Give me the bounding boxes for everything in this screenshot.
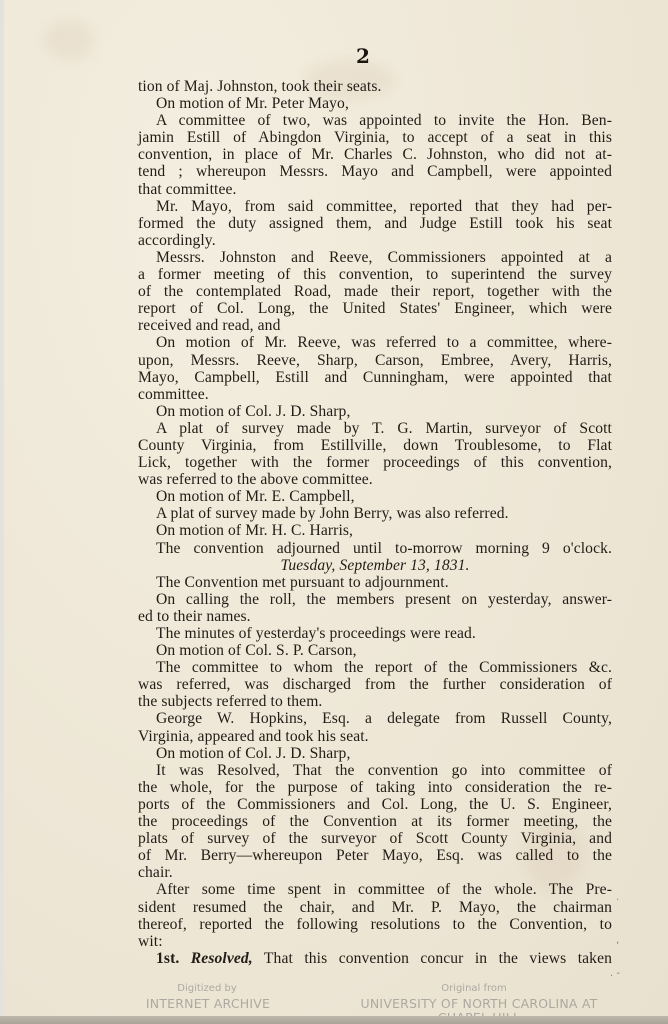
text-line: On motion of Col. J. D. Sharp, (138, 745, 612, 762)
text-line: the subjects referred to them. (138, 693, 612, 710)
text-line: tion of Maj. Johnston, took their seats. (138, 78, 612, 95)
text-line: A plat of survey made by T. G. Martin, s… (138, 420, 612, 437)
text-line: convention, in place of Mr. Charles C. J… (138, 146, 612, 163)
margin-mark: · (616, 895, 619, 906)
text-line: Mr. Mayo, from said committee, reported … (138, 198, 612, 215)
watermark-big-label: INTERNET ARCHIVE (138, 996, 278, 1011)
text-line: The Convention met pursuant to adjournme… (138, 574, 612, 591)
text-line: accordingly. (138, 232, 612, 249)
text-line: County Virginia, from Estillville, down … (138, 437, 612, 454)
watermark-original-from: Original from (414, 983, 534, 994)
text-line: After some time spent in committee of th… (138, 881, 612, 898)
text-line: Lick, together with the former proceedin… (138, 454, 612, 471)
text-line: ed to their names. (138, 608, 612, 625)
text-line: George W. Hopkins, Esq. a delegate from … (138, 710, 612, 727)
watermark-small-label: Original from (414, 983, 534, 994)
text-line: A committee of two, was appointed to inv… (138, 112, 612, 129)
text-line: report of Col. Long, the United States' … (138, 300, 612, 317)
text-line: thereof, reported the following resoluti… (138, 916, 612, 933)
text-line: that committee. (138, 181, 612, 198)
text-line: Virginia, appeared and took his seat. (138, 728, 612, 745)
text-line: a former meeting of this convention, to … (138, 266, 612, 283)
watermark-unc: UNIVERSITY OF NORTH CAROLINA AT (354, 996, 604, 1011)
text-line: upon, Messrs. Reeve, Sharp, Carson, Embr… (138, 352, 612, 369)
page-number: 2 (356, 44, 370, 68)
text-line: tend ; whereupon Messrs. Mayo and Campbe… (138, 163, 612, 180)
paper-stain (44, 20, 94, 60)
text-line: the whole, for the purpose of taking int… (138, 779, 612, 796)
watermark-big-label: UNIVERSITY OF NORTH CAROLINA AT (354, 996, 604, 1011)
text-line: plats of survey of the surveyor of Scott… (138, 830, 612, 847)
text-line: jamin Estill of Abingdon Virginia, to ac… (138, 129, 612, 146)
text-line: of Mr. Berry—whereupon Peter Mayo, Esq. … (138, 847, 612, 864)
watermark-small-label: Digitized by (152, 983, 262, 994)
text-line: chair. (138, 864, 612, 881)
resolved-label: Resolved, (191, 950, 253, 967)
text-line: On motion of Mr. Peter Mayo, (138, 95, 612, 112)
text-line: On motion of Col. J. D. Sharp, (138, 403, 612, 420)
text-line: A plat of survey made by John Berry, was… (138, 505, 612, 522)
watermark-digitized-by: Digitized by (152, 983, 262, 994)
text-line: Mayo, Campbell, Estill and Cunningham, w… (138, 369, 612, 386)
text-line: was referred to the above committee. (138, 471, 612, 488)
watermark-internet-archive: INTERNET ARCHIVE (138, 996, 278, 1011)
margin-mark: ‚ (616, 935, 619, 946)
text-line: committee. (138, 386, 612, 403)
text-line: formed the duty assigned them, and Judge… (138, 215, 612, 232)
text-line: of the contemplated Road, made their rep… (138, 283, 612, 300)
text-line: was referred, was discharged from the fu… (138, 676, 612, 693)
text-line: The minutes of yesterday's proceedings w… (138, 625, 612, 642)
text-line: the proceedings of the Convention at its… (138, 813, 612, 830)
text-line: On motion of Mr. E. Campbell, (138, 488, 612, 505)
text-line: sident resumed the chair, and Mr. P. May… (138, 899, 612, 916)
viewer-bottom-bar (0, 1016, 668, 1024)
margin-mark: . - (610, 968, 620, 979)
scanned-page: 2 tion of Maj. Johnston, took their seat… (4, 0, 668, 1016)
text-line: received and read, and (138, 317, 612, 334)
text-line: On motion of Mr. Reeve, was referred to … (138, 334, 612, 351)
resolution-number: 1st. (156, 950, 179, 967)
text-line: It was Resolved, That the convention go … (138, 762, 612, 779)
text-line: ports of the Commissioners and Col. Long… (138, 796, 612, 813)
date-heading: Tuesday, September 13, 1831. (138, 557, 612, 574)
text-line: wit: (138, 933, 612, 950)
text-line: The convention adjourned until to-morrow… (138, 540, 612, 557)
text-line: On calling the roll, the members present… (138, 591, 612, 608)
body-text: tion of Maj. Johnston, took their seats.… (138, 78, 612, 967)
resolution-text: That this convention concur in the views… (264, 950, 612, 967)
text-line: On motion of Mr. H. C. Harris, (138, 522, 612, 539)
text-line: The committee to whom the report of the … (138, 659, 612, 676)
text-line: On motion of Col. S. P. Carson, (138, 642, 612, 659)
text-line: Messrs. Johnston and Reeve, Commissioner… (138, 249, 612, 266)
text-line-resolution: 1st. Resolved, That this convention conc… (138, 950, 612, 967)
